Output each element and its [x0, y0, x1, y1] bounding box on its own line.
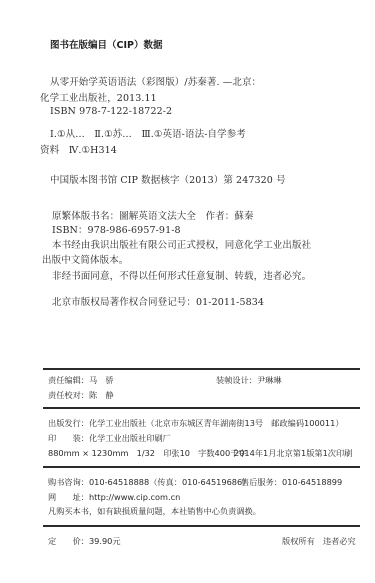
edition-info: 2014年1月北京第1版第1次印刷 — [234, 448, 352, 459]
price-value: 39.90元 — [89, 536, 121, 546]
publisher-value: 化学工业出版社（北京市东城区青年湖南街13号 邮政编码100011） — [89, 418, 344, 428]
format-info: 880mm × 1230mm 1/32 印张10 字数400千字 — [48, 448, 247, 459]
designer-name: 尹琳琳 — [257, 375, 282, 385]
website-label: 网 址： — [48, 492, 89, 502]
designer-label: 装帧设计： — [216, 375, 257, 386]
original-title-line: 原繁体版书名：圖解英语文法大全 作者：蘇秦 — [52, 208, 254, 222]
designer-row: 装帧设计：尹琳琳 — [216, 375, 282, 386]
license-line-2: 出版中文简体版本。 — [42, 252, 128, 266]
divider-1 — [43, 368, 360, 370]
proofreader-name: 陈 静 — [89, 390, 114, 400]
divider-3 — [43, 466, 360, 468]
cip-heading: 图书在版编目（CIP）数据 — [50, 37, 162, 51]
publisher-row: 出版发行：化学工业出版社（北京市东城区青年湖南街13号 邮政编码100011） — [48, 418, 344, 429]
service-row: 售后服务：010-64518899 — [241, 477, 342, 488]
editor-row: 责任编辑：马 骄 — [48, 375, 114, 386]
website-link[interactable]: http://www.cip.com.cn — [89, 492, 180, 502]
purchase-value: 010-64518888（传真：010-64519686） — [89, 477, 250, 487]
editor-label: 责任编辑： — [48, 375, 89, 386]
publisher-label: 出版发行： — [48, 418, 89, 428]
cip-record-line-2: 化学工业出版社，2013.11 — [40, 90, 157, 104]
copyright-registration: 北京市版权局著作权合同登记号：01-2011-5834 — [52, 294, 264, 308]
cip-isbn: ISBN 978-7-122-18722-2 — [50, 106, 172, 117]
printer-row: 印 装：化学工业出版社印刷厂 — [48, 433, 171, 444]
cip-classification-line-1: Ⅰ.①从… Ⅱ.①苏… Ⅲ.①英语-语法-自学参考 — [50, 126, 246, 140]
price-row: 定 价：39.90元 — [48, 536, 121, 547]
editor-name: 马 骄 — [89, 375, 114, 385]
defect-notice: 凡购买本书，如有缺损质量问题，本社销售中心负责调换。 — [48, 506, 261, 517]
printer-label: 印 装： — [48, 433, 89, 443]
price-label: 定 价： — [48, 536, 89, 546]
divider-4 — [43, 525, 360, 527]
divider-2 — [43, 407, 360, 409]
proofreader-label: 责任校对： — [48, 390, 89, 401]
website-row: 网 址：http://www.cip.com.cn — [48, 492, 180, 503]
service-value: 010-64518899 — [282, 477, 342, 487]
purchase-label: 购书咨询： — [48, 477, 89, 487]
rights-notice: 版权所有 违者必究 — [282, 536, 356, 547]
purchase-row: 购书咨询：010-64518888（传真：010-64519686） — [48, 477, 250, 488]
copy-notice: 非经书面同意，不得以任何形式任意复制、转载，违者必究。 — [52, 268, 311, 282]
printer-value: 化学工业出版社印刷厂 — [89, 433, 171, 443]
cip-classification-line-2: 资料 Ⅳ.①H314 — [40, 142, 117, 156]
license-line-1: 本书经由我识出版社有限公司正式授权，同意化学工业出版社 — [52, 237, 311, 251]
cip-record-line-1: 从零开始学英语语法（彩图版）/苏秦著. —北京： — [50, 74, 261, 88]
service-label: 售后服务： — [241, 477, 282, 487]
proofreader-row: 责任校对：陈 静 — [48, 390, 114, 401]
cip-library-record: 中国版本图书馆 CIP 数据核字（2013）第 247320 号 — [50, 172, 286, 186]
original-isbn: ISBN：978-986-6957-91-8 — [52, 222, 181, 236]
